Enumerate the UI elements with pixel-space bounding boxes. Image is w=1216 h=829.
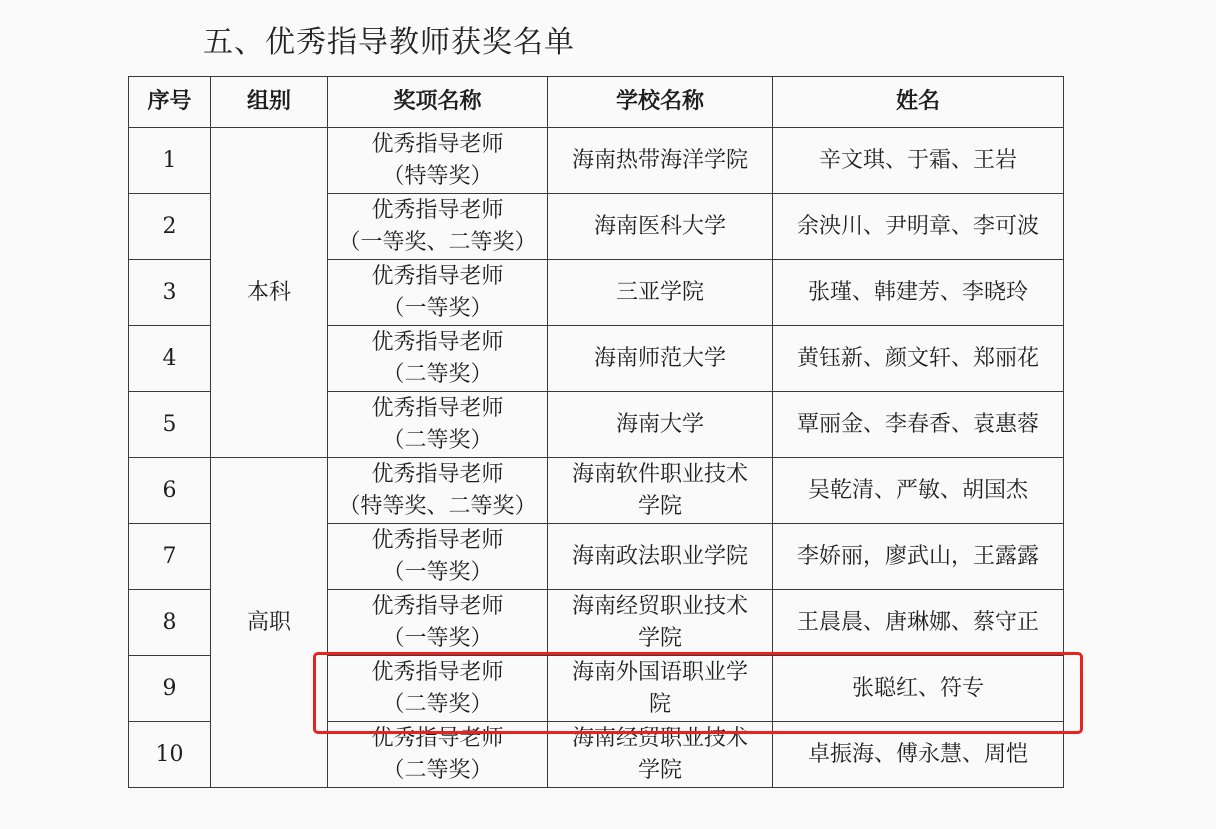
cell-group-vocational: 高职 [211, 458, 328, 788]
cell-award: 优秀指导老师（一等奖、二等奖） [328, 194, 548, 260]
cell-school: 海南软件职业技术学院 [548, 458, 773, 524]
cell-names: 覃丽金、李春香、袁惠蓉 [773, 392, 1064, 458]
cell-no: 8 [129, 590, 211, 656]
cell-names: 张聪红、符专 [773, 656, 1064, 722]
cell-school: 海南经贸职业技术学院 [548, 722, 773, 788]
cell-no: 9 [129, 656, 211, 722]
cell-names: 卓振海、傅永慧、周恺 [773, 722, 1064, 788]
cell-group-undergrad: 本科 [211, 128, 328, 458]
cell-school: 海南外国语职业学院 [548, 656, 773, 722]
cell-school: 海南政法职业学院 [548, 524, 773, 590]
header-no: 序号 [129, 77, 211, 128]
cell-award: 优秀指导老师（二等奖） [328, 722, 548, 788]
cell-names: 黄钰新、颜文轩、郑丽花 [773, 326, 1064, 392]
cell-award: 优秀指导老师（二等奖） [328, 392, 548, 458]
table-row: 1 本科 优秀指导老师（特等奖） 海南热带海洋学院 辛文琪、于霜、王岩 [129, 128, 1064, 194]
cell-names: 余泱川、尹明章、李可波 [773, 194, 1064, 260]
cell-school: 海南热带海洋学院 [548, 128, 773, 194]
page-title: 五、优秀指导教师获奖名单 [203, 17, 575, 61]
header-names: 姓名 [773, 77, 1064, 128]
cell-no: 6 [129, 458, 211, 524]
cell-names: 王晨晨、唐琳娜、蔡守正 [773, 590, 1064, 656]
cell-names: 吴乾清、严敏、胡国杰 [773, 458, 1064, 524]
cell-names: 张瑾、韩建芳、李晓玲 [773, 260, 1064, 326]
cell-school: 海南师范大学 [548, 326, 773, 392]
award-table: 序号 组别 奖项名称 学校名称 姓名 1 本科 优秀指导老师（特等奖） 海南热带… [128, 76, 1064, 788]
cell-award: 优秀指导老师（一等奖） [328, 260, 548, 326]
table-header-row: 序号 组别 奖项名称 学校名称 姓名 [129, 77, 1064, 128]
header-award: 奖项名称 [328, 77, 548, 128]
header-group: 组别 [211, 77, 328, 128]
header-school: 学校名称 [548, 77, 773, 128]
cell-school: 海南大学 [548, 392, 773, 458]
cell-no: 10 [129, 722, 211, 788]
cell-names: 李娇丽，廖武山，王露露 [773, 524, 1064, 590]
cell-award: 优秀指导老师（一等奖） [328, 590, 548, 656]
table-row: 6 高职 优秀指导老师（特等奖、二等奖） 海南软件职业技术学院 吴乾清、严敏、胡… [129, 458, 1064, 524]
cell-award: 优秀指导老师（一等奖） [328, 524, 548, 590]
cell-no: 7 [129, 524, 211, 590]
cell-school: 海南经贸职业技术学院 [548, 590, 773, 656]
cell-no: 4 [129, 326, 211, 392]
cell-no: 2 [129, 194, 211, 260]
cell-school: 三亚学院 [548, 260, 773, 326]
cell-award: 优秀指导老师（二等奖） [328, 656, 548, 722]
cell-names: 辛文琪、于霜、王岩 [773, 128, 1064, 194]
cell-award: 优秀指导老师（特等奖、二等奖） [328, 458, 548, 524]
cell-award: 优秀指导老师（特等奖） [328, 128, 548, 194]
cell-no: 3 [129, 260, 211, 326]
cell-no: 1 [129, 128, 211, 194]
cell-school: 海南医科大学 [548, 194, 773, 260]
cell-award: 优秀指导老师（二等奖） [328, 326, 548, 392]
cell-no: 5 [129, 392, 211, 458]
